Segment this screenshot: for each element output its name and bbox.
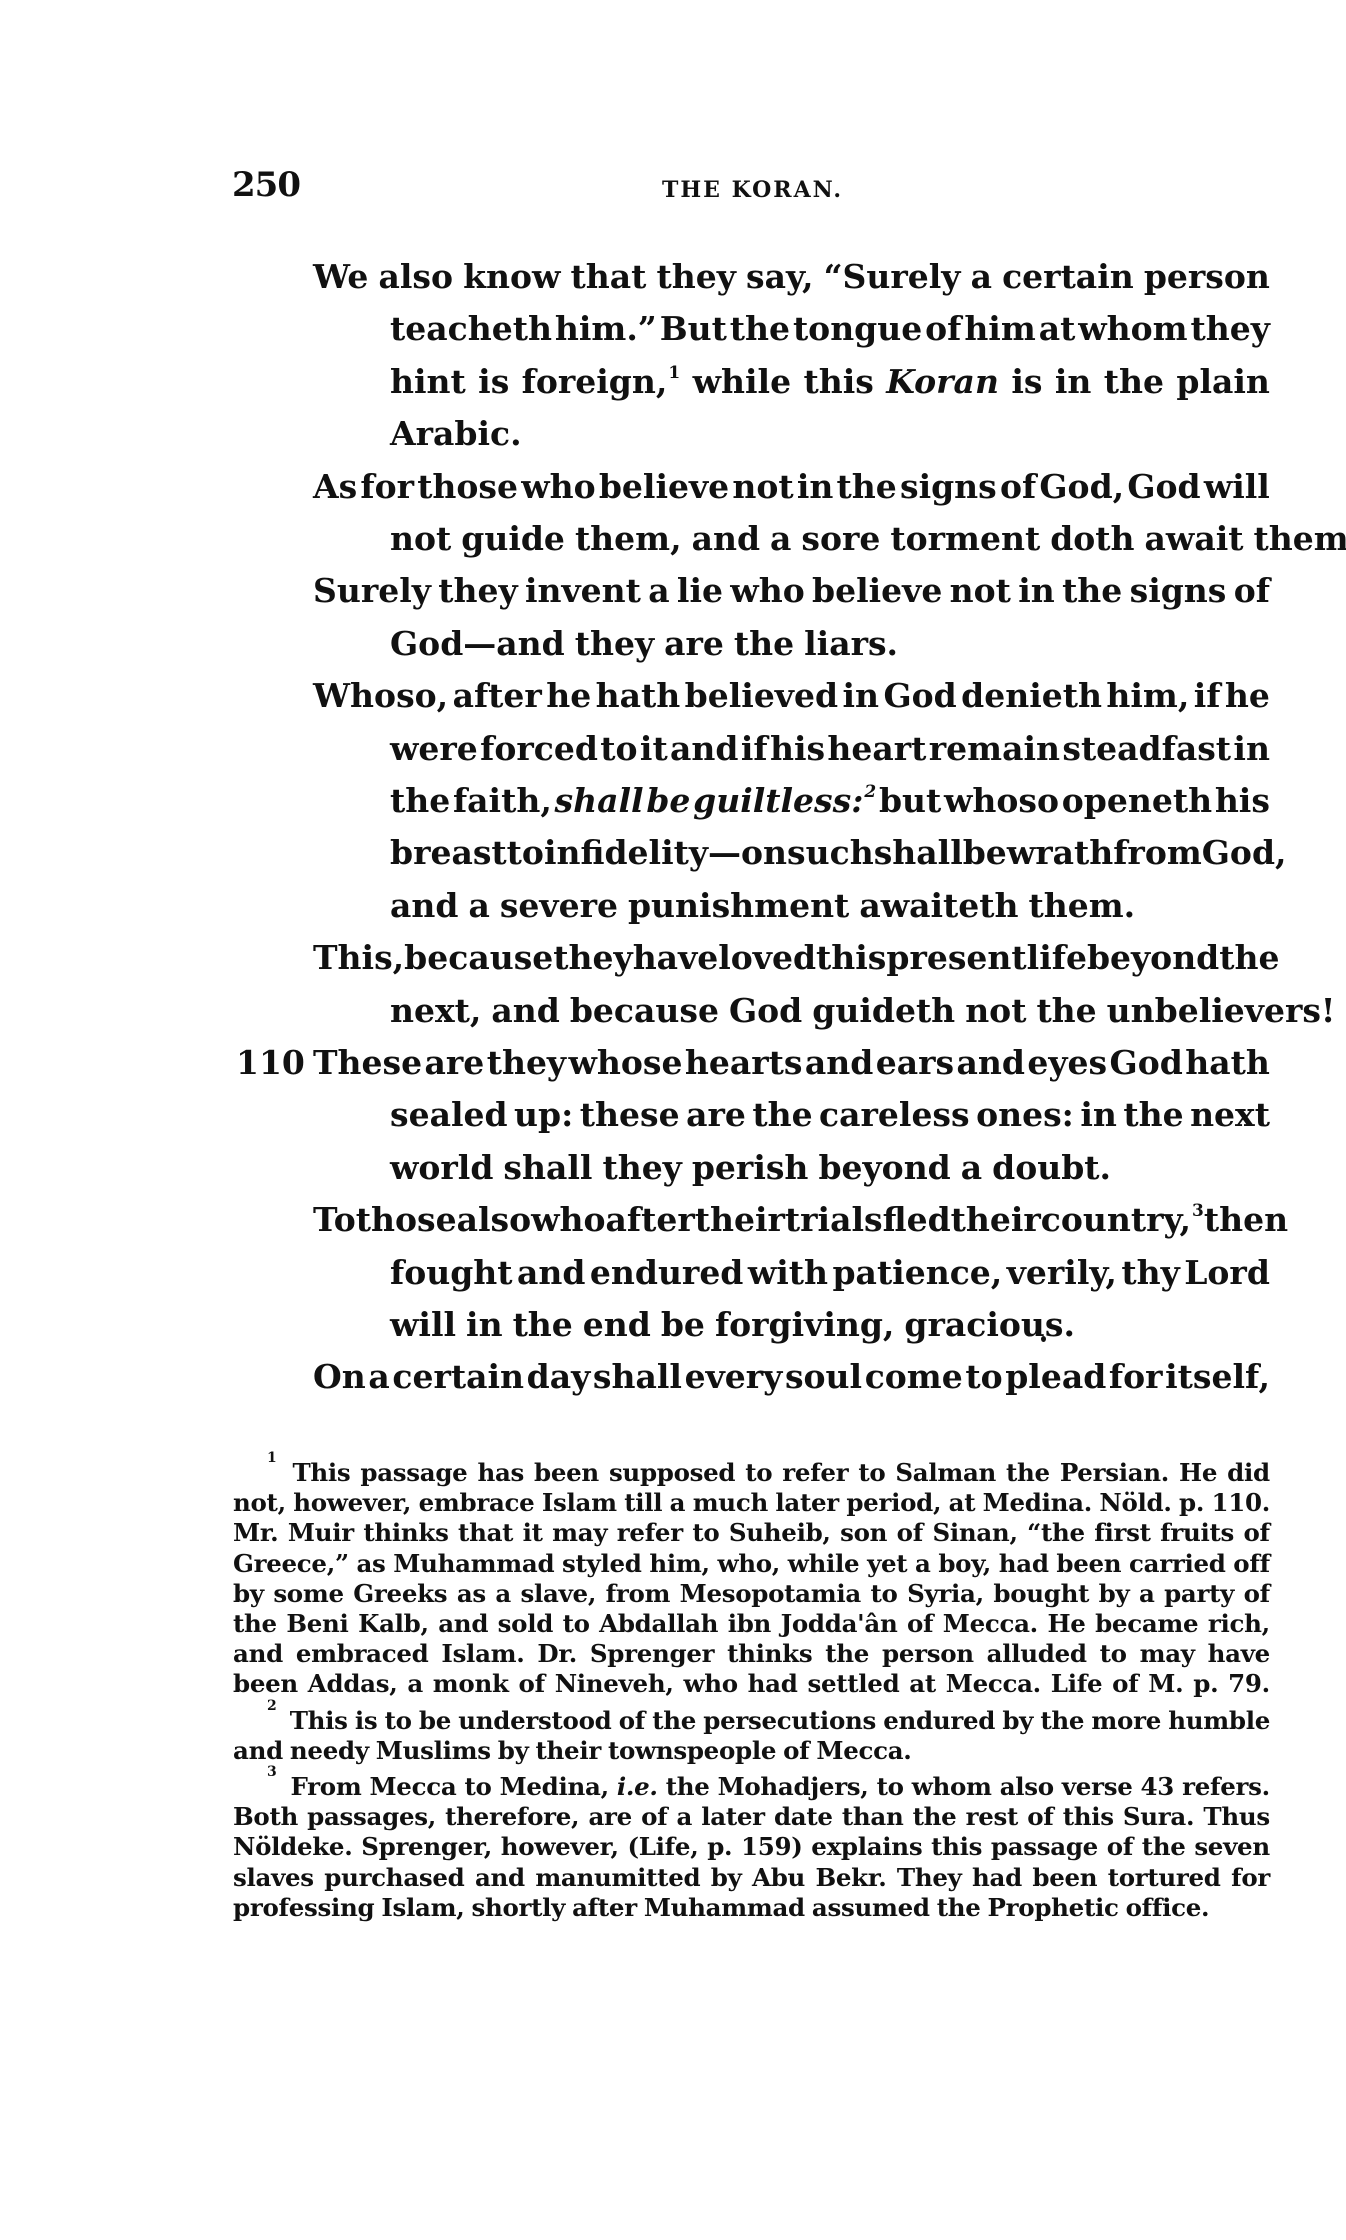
word: not	[950, 571, 1011, 623]
footnote-line: andembracedIslam.Dr.Sprengerthinkstheper…	[233, 1639, 1270, 1669]
word: beyond	[1087, 938, 1219, 990]
word: for	[360, 467, 414, 519]
word: because	[404, 938, 553, 990]
word: “Surely	[824, 257, 961, 309]
word: because	[570, 991, 719, 1043]
word: were	[390, 729, 478, 781]
word: Whoso,	[313, 676, 448, 728]
word: be	[963, 833, 1007, 885]
word: We	[313, 257, 368, 309]
word: God,	[1039, 467, 1124, 519]
word: the	[1036, 991, 1096, 1043]
word: certain	[392, 1357, 524, 1409]
word: to	[507, 833, 544, 885]
text-line: willintheendbeforgiving,gracious.	[390, 1305, 1270, 1357]
word: doubt.	[992, 1148, 1111, 1200]
footnote-line: theBeniKalb,andsoldtoAbdallahibnJodda'ân…	[233, 1609, 1270, 1639]
running-head: 250 THE KORAN.	[0, 168, 1346, 208]
word: these	[580, 1095, 680, 1147]
word: As	[313, 467, 357, 519]
printing-speck-icon	[1041, 1336, 1046, 1342]
word: next,	[390, 991, 481, 1043]
word: also	[457, 1200, 532, 1252]
footnote-line: bysomeGreeksasaslave,fromMesopotamiatoSy…	[233, 1579, 1270, 1609]
footnote-line: 3FromMeccatoMedina,i.e.theMohadjers,towh…	[267, 1772, 1270, 1802]
word: shall	[503, 1148, 592, 1200]
word: gracious.	[904, 1305, 1075, 1357]
word: These	[313, 1043, 422, 1095]
word: signs	[900, 467, 997, 519]
word: while	[693, 362, 791, 414]
word: this	[803, 362, 873, 414]
text-line: Onacertaindayshalleverysoulcometopleadfo…	[313, 1357, 1270, 1409]
word: a	[770, 519, 791, 571]
word: faith,	[453, 781, 552, 833]
word: eyes	[1027, 1043, 1107, 1095]
word: This,	[313, 938, 404, 990]
word: certain	[1002, 257, 1134, 309]
word: plain	[1176, 362, 1270, 414]
word: who	[531, 1200, 605, 1252]
word: unbelievers!	[1107, 991, 1336, 1043]
word: after	[453, 676, 542, 728]
word: the	[734, 624, 794, 676]
word: guiltless:2	[693, 781, 876, 833]
text-line: Wealsoknowthattheysay,“Surelyacertainper…	[313, 257, 1270, 309]
footnote-line: professingIslam,shortlyafterMuhammadassu…	[233, 1893, 1270, 1923]
word: those	[417, 467, 518, 519]
text-line: Whoso,afterhehathbelievedinGoddeniethhim…	[313, 676, 1270, 728]
word: denieth	[961, 676, 1102, 728]
verse-number: 110	[236, 1043, 305, 1083]
word: ears	[876, 1043, 954, 1095]
word: him	[964, 309, 1035, 361]
word: the	[837, 467, 897, 519]
word: not	[390, 519, 451, 571]
footnote-mark: 3	[267, 1772, 276, 1802]
word: him.”	[555, 309, 657, 361]
word: God	[1127, 467, 1200, 519]
text-line: andaseverepunishmentawaiteththem.	[390, 886, 1270, 938]
word: beyond	[818, 1148, 950, 1200]
word: a	[468, 886, 489, 938]
word: hearts	[685, 1043, 803, 1095]
word: of	[1000, 467, 1036, 519]
word: in	[1233, 729, 1270, 781]
word: On	[313, 1357, 366, 1409]
word: they	[656, 257, 735, 309]
word: and	[390, 886, 458, 938]
word: believe	[812, 571, 942, 623]
word: from	[1113, 833, 1202, 885]
text-line: Surelytheyinventaliewhobelievenotinthesi…	[313, 571, 1270, 623]
word: God	[1110, 1043, 1183, 1095]
word: forced	[480, 729, 598, 781]
text-line: Arabic.	[390, 414, 1270, 466]
word: foreign,1	[522, 362, 681, 414]
word: whose	[569, 1043, 683, 1095]
word: punishment	[628, 886, 849, 938]
word: who	[730, 571, 804, 623]
footnote-line: Nöldeke.Sprenger,however,(Life,p.159)exp…	[233, 1832, 1270, 1862]
book-page: 250 THE KORAN. Wealsoknowthattheysay,“Su…	[0, 0, 1346, 2240]
footnote-mark: 1	[267, 1458, 276, 1488]
word: his	[770, 729, 825, 781]
word: present	[886, 938, 1026, 990]
word: loved	[718, 938, 816, 990]
word: fought	[390, 1253, 513, 1305]
text-line: hintisforeign,1whilethisKoranisintheplai…	[390, 362, 1270, 414]
word: he	[546, 676, 591, 728]
word: But	[660, 309, 727, 361]
word: Koran	[886, 362, 999, 414]
footnote-line: Bothpassages,therefore,areofalaterdateth…	[233, 1802, 1270, 1832]
word: torment	[890, 519, 1040, 571]
word: perish	[692, 1148, 809, 1200]
footnote-line: 1ThispassagehasbeensupposedtorefertoSalm…	[267, 1458, 1270, 1488]
footnote-line: beenAddas,amonkofNineveh,whohadsettledat…	[233, 1669, 1270, 1699]
word: their	[695, 1200, 785, 1252]
word: verily,	[1007, 1253, 1117, 1305]
word: of	[1234, 571, 1270, 623]
word: not	[732, 467, 793, 519]
text-line: teachethhim.”Butthetongueofhimatwhomthey	[390, 309, 1270, 361]
word: the	[513, 1305, 573, 1357]
word: soul	[785, 1357, 862, 1409]
text-line: wereforcedtoitandifhisheartremainsteadfa…	[390, 729, 1270, 781]
word: but	[879, 781, 941, 833]
word: wrath	[1007, 833, 1113, 885]
word: the	[390, 781, 450, 833]
word: next	[1190, 1095, 1270, 1147]
word: those	[356, 1200, 457, 1252]
word: hath	[596, 676, 681, 728]
footnote-line: Mr.MuirthinksthatitmayrefertoSuheib,sono…	[233, 1518, 1270, 1548]
word: invent	[525, 571, 641, 623]
word: are	[425, 1043, 485, 1095]
word: endured	[590, 1253, 744, 1305]
word: openeth	[1062, 781, 1212, 833]
footnote-ref-2[interactable]: 2	[864, 782, 876, 802]
word: trials	[785, 1200, 883, 1252]
word: fled	[883, 1200, 951, 1252]
word: severe	[500, 886, 618, 938]
word: and	[692, 519, 760, 571]
word: they	[602, 1148, 681, 1200]
word: life	[1027, 938, 1087, 990]
word: end	[583, 1305, 651, 1357]
word: then	[1204, 1200, 1288, 1252]
word: world	[390, 1148, 493, 1200]
word: the	[1123, 1095, 1183, 1147]
footnote-line: andneedyMuslimsbytheirtownspeopleofMecca…	[233, 1736, 1270, 1766]
word: are	[664, 624, 724, 676]
word: be	[646, 781, 690, 833]
text-line: sealedup:thesearethecarelessones:inthene…	[390, 1095, 1270, 1147]
word: tongue	[793, 309, 922, 361]
text-line: This,becausetheyhavelovedthispresentlife…	[313, 938, 1270, 990]
word: awaiteth	[859, 886, 1018, 938]
word: whoso	[944, 781, 1059, 833]
word: and	[491, 991, 559, 1043]
word: know	[463, 257, 560, 309]
word: such	[787, 833, 874, 885]
word: also	[378, 257, 453, 309]
word: them,	[575, 519, 682, 571]
footnote-line: slavespurchasedandmanumittedbyAbuBekr.Th…	[233, 1863, 1270, 1893]
word: remain	[929, 729, 1060, 781]
word: have	[633, 938, 719, 990]
word: and	[517, 1253, 585, 1305]
word: the	[1062, 571, 1122, 623]
word: and	[670, 729, 738, 781]
word: God—and	[390, 624, 565, 676]
word: guideth	[812, 991, 955, 1043]
word: God	[729, 991, 802, 1043]
word: believed	[685, 676, 838, 728]
word: to	[600, 729, 637, 781]
word: whom	[1078, 309, 1187, 361]
text-line: next,andbecauseGodguidethnottheunbelieve…	[390, 991, 1270, 1043]
word: Arabic.	[390, 414, 522, 466]
footnote-line: Greece,”asMuhammadstyledhim,who,whileyet…	[233, 1549, 1270, 1579]
page-number: 250	[232, 168, 300, 202]
word: await	[1145, 519, 1244, 571]
text-line: foughtandenduredwithpatience,verily,thyL…	[390, 1253, 1270, 1305]
word: liars.	[804, 624, 898, 676]
word: they	[487, 1043, 566, 1095]
text-line: Tothosealsowhoaftertheirtrialsfledtheirc…	[313, 1200, 1270, 1252]
word: it	[640, 729, 668, 781]
word: sore	[801, 519, 880, 571]
word: doth	[1050, 519, 1134, 571]
word: of	[925, 309, 961, 361]
word: sealed	[390, 1095, 508, 1147]
word: God,	[1202, 833, 1287, 885]
word: shall	[874, 833, 963, 885]
word: patience,	[832, 1253, 1002, 1305]
word: hath	[1185, 1043, 1270, 1095]
word: shall	[593, 1357, 682, 1409]
word: ones:	[976, 1095, 1074, 1147]
word: are	[686, 1095, 746, 1147]
footnote-line: not,however,embraceIslamtillamuchlaterpe…	[233, 1488, 1270, 1518]
text-line: notguidethem,andasoretormentdothawaitthe…	[390, 519, 1270, 571]
word: will	[390, 1305, 456, 1357]
word: heart	[827, 729, 926, 781]
word: the	[1219, 938, 1279, 990]
word: them.	[1029, 886, 1136, 938]
word: shall	[555, 781, 644, 833]
word: they	[1191, 309, 1270, 361]
word: person	[1144, 257, 1270, 309]
word: Lord	[1184, 1253, 1270, 1305]
word: will	[1204, 467, 1270, 519]
text-line: thefaith,shallbeguiltless:2butwhosoopene…	[390, 781, 1270, 833]
word: lie	[677, 571, 723, 623]
word: is	[1011, 362, 1042, 414]
word: be	[661, 1305, 705, 1357]
word: and	[805, 1043, 873, 1095]
word: if	[1194, 676, 1221, 728]
word: breast	[390, 833, 507, 885]
word: is	[478, 362, 509, 414]
word: the	[1104, 362, 1164, 414]
word: say,	[746, 257, 813, 309]
word: to	[965, 1357, 1002, 1409]
word: in	[1018, 571, 1055, 623]
word: To	[313, 1200, 356, 1252]
word: guide	[461, 519, 565, 571]
word: a	[648, 571, 669, 623]
word: teacheth	[390, 309, 552, 361]
footnote-ref-1[interactable]: 1	[668, 363, 680, 383]
text-line: ThesearetheywhoseheartsandearsandeyesGod…	[313, 1043, 1270, 1095]
word: Surely	[313, 571, 431, 623]
word: a	[971, 257, 992, 309]
word: forgiving,	[715, 1305, 894, 1357]
word: steadfast	[1062, 729, 1231, 781]
text-line: worldshalltheyperishbeyondadoubt.	[390, 1148, 1270, 1200]
word: his	[1215, 781, 1270, 833]
word: in	[797, 467, 834, 519]
word: and	[957, 1043, 1025, 1095]
word: God	[883, 676, 956, 728]
word: in	[466, 1305, 503, 1357]
word: not	[965, 991, 1026, 1043]
word: a	[961, 1148, 982, 1200]
word: they	[438, 571, 517, 623]
word: the	[730, 309, 790, 361]
word: them.	[1253, 519, 1346, 571]
word: a	[368, 1357, 389, 1409]
word: come	[865, 1357, 963, 1409]
footnote-line: 2Thisistobeunderstoodofthepersecutionsen…	[267, 1706, 1270, 1736]
word: if	[741, 729, 768, 781]
word: he	[1225, 676, 1270, 728]
text-line: AsforthosewhobelievenotinthesignsofGod,G…	[313, 467, 1270, 519]
word: up:	[514, 1095, 573, 1147]
word: day	[527, 1357, 591, 1409]
word: this	[816, 938, 886, 990]
word: itself,	[1165, 1357, 1270, 1409]
word: they	[575, 624, 654, 676]
word: thy	[1121, 1253, 1179, 1305]
word: for	[1109, 1357, 1163, 1409]
word: in	[1055, 362, 1092, 414]
word: who	[521, 467, 595, 519]
word: they	[553, 938, 632, 990]
word: in	[1080, 1095, 1117, 1147]
word: every	[685, 1357, 783, 1409]
word: careless	[819, 1095, 970, 1147]
word: infidelity—on	[544, 833, 787, 885]
word: in	[842, 676, 879, 728]
word: believe	[599, 467, 729, 519]
running-title: THE KORAN.	[662, 178, 843, 202]
word: their	[951, 1200, 1041, 1252]
word: at	[1039, 309, 1076, 361]
word: country,3	[1041, 1200, 1204, 1252]
footnote-ref-3[interactable]: 3	[1192, 1201, 1204, 1221]
word: after	[606, 1200, 695, 1252]
word: plead	[1005, 1357, 1106, 1409]
word: that	[571, 257, 647, 309]
word: signs	[1130, 571, 1227, 623]
word: the	[752, 1095, 812, 1147]
text-line: God—andtheyaretheliars.	[390, 624, 1270, 676]
footnote-mark: 2	[267, 1706, 276, 1736]
word: with	[748, 1253, 828, 1305]
word: hint	[390, 362, 466, 414]
word: him,	[1106, 676, 1189, 728]
text-line: breasttoinfidelity—onsuchshallbewrathfro…	[390, 833, 1270, 885]
